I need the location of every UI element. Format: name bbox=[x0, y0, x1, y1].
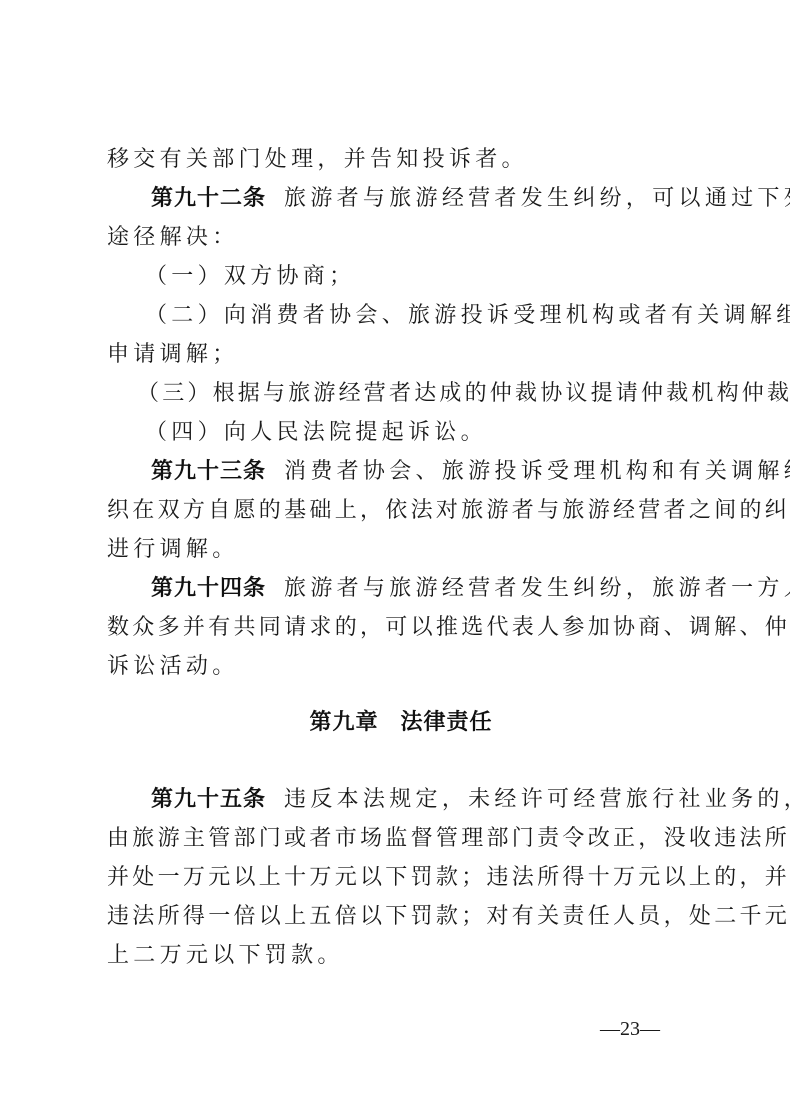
line-text: 并处一万元以上十万元以下罚款；违法所得十万元以上的，并处 bbox=[107, 865, 790, 890]
paragraph-line: 诉讼活动。 bbox=[107, 647, 239, 686]
line-text: 旅游者与旅游经营者发生纠纷，旅游者一方人 bbox=[284, 576, 790, 601]
line-text: 由旅游主管部门或者市场监督管理部门责令改正，没收违法所得， bbox=[107, 826, 790, 851]
line-text: 上二万元以下罚款。 bbox=[107, 943, 344, 968]
paragraph-line: 进行调解。 bbox=[107, 530, 239, 569]
paragraph-line: 由旅游主管部门或者市场监督管理部门责令改正，没收违法所得， bbox=[107, 819, 790, 858]
paragraph-line: 并处一万元以上十万元以下罚款；违法所得十万元以上的，并处 bbox=[107, 858, 790, 897]
article-heading: 第九十二条 bbox=[151, 186, 266, 211]
list-item-1: （一）双方协商； bbox=[145, 257, 355, 296]
page-number: —23— bbox=[600, 1018, 660, 1041]
paragraph-line: 数众多并有共同请求的，可以推选代表人参加协商、调解、仲裁、 bbox=[107, 608, 790, 647]
article-heading: 第九十三条 bbox=[151, 459, 266, 484]
paragraph-line: 织在双方自愿的基础上，依法对旅游者与旅游经营者之间的纠纷 bbox=[107, 491, 790, 530]
paragraph-line: 途径解决： bbox=[107, 218, 239, 257]
article-heading: 第九十五条 bbox=[151, 787, 266, 812]
line-text: （二）向消费者协会、旅游投诉受理机构或者有关调解组织 bbox=[145, 303, 790, 328]
line-text: 数众多并有共同请求的，可以推选代表人参加协商、调解、仲裁、 bbox=[107, 615, 790, 640]
list-item-4: （四）向人民法院提起诉讼。 bbox=[145, 413, 487, 452]
line-text: （一）双方协商； bbox=[145, 264, 355, 289]
line-text: （三）根据与旅游经营者达成的仲裁协议提请仲裁机构仲裁； bbox=[137, 381, 790, 406]
list-item-2: （二）向消费者协会、旅游投诉受理机构或者有关调解组织 bbox=[145, 296, 790, 335]
article-heading: 第九十四条 bbox=[151, 576, 266, 601]
article-93-line: 第九十三条消费者协会、旅游投诉受理机构和有关调解组 bbox=[151, 452, 790, 491]
line-text: 违法所得一倍以上五倍以下罚款；对有关责任人员，处二千元以 bbox=[107, 904, 790, 929]
line-text: 途径解决： bbox=[107, 225, 239, 250]
list-item-3: （三）根据与旅游经营者达成的仲裁协议提请仲裁机构仲裁； bbox=[137, 374, 790, 413]
line-text: 违反本法规定，未经许可经营旅行社业务的， bbox=[284, 787, 790, 812]
line-text: 申请调解； bbox=[107, 342, 239, 367]
line-text: 诉讼活动。 bbox=[107, 654, 239, 679]
chapter-number: 第九章 bbox=[309, 710, 378, 735]
paragraph-line: 违法所得一倍以上五倍以下罚款；对有关责任人员，处二千元以 bbox=[107, 897, 790, 936]
line-text: 进行调解。 bbox=[107, 537, 239, 562]
line-text: 织在双方自愿的基础上，依法对旅游者与旅游经营者之间的纠纷 bbox=[107, 498, 790, 523]
paragraph-line: 移交有关部门处理，并告知投诉者。 bbox=[107, 140, 528, 179]
line-text: （四）向人民法院提起诉讼。 bbox=[145, 420, 487, 445]
paragraph-line: 申请调解； bbox=[107, 335, 239, 374]
article-92-line: 第九十二条旅游者与旅游经营者发生纠纷，可以通过下列 bbox=[151, 179, 790, 218]
chapter-title: 法律责任 bbox=[401, 710, 493, 735]
line-text: 旅游者与旅游经营者发生纠纷，可以通过下列 bbox=[284, 186, 790, 211]
article-95-line: 第九十五条违反本法规定，未经许可经营旅行社业务的， bbox=[151, 780, 790, 819]
paragraph-line: 上二万元以下罚款。 bbox=[107, 936, 344, 975]
line-text: 消费者协会、旅游投诉受理机构和有关调解组 bbox=[284, 459, 790, 484]
chapter-heading: 第九章法律责任 bbox=[107, 703, 695, 742]
article-94-line: 第九十四条旅游者与旅游经营者发生纠纷，旅游者一方人 bbox=[151, 569, 790, 608]
line-text: 移交有关部门处理，并告知投诉者。 bbox=[107, 147, 528, 172]
